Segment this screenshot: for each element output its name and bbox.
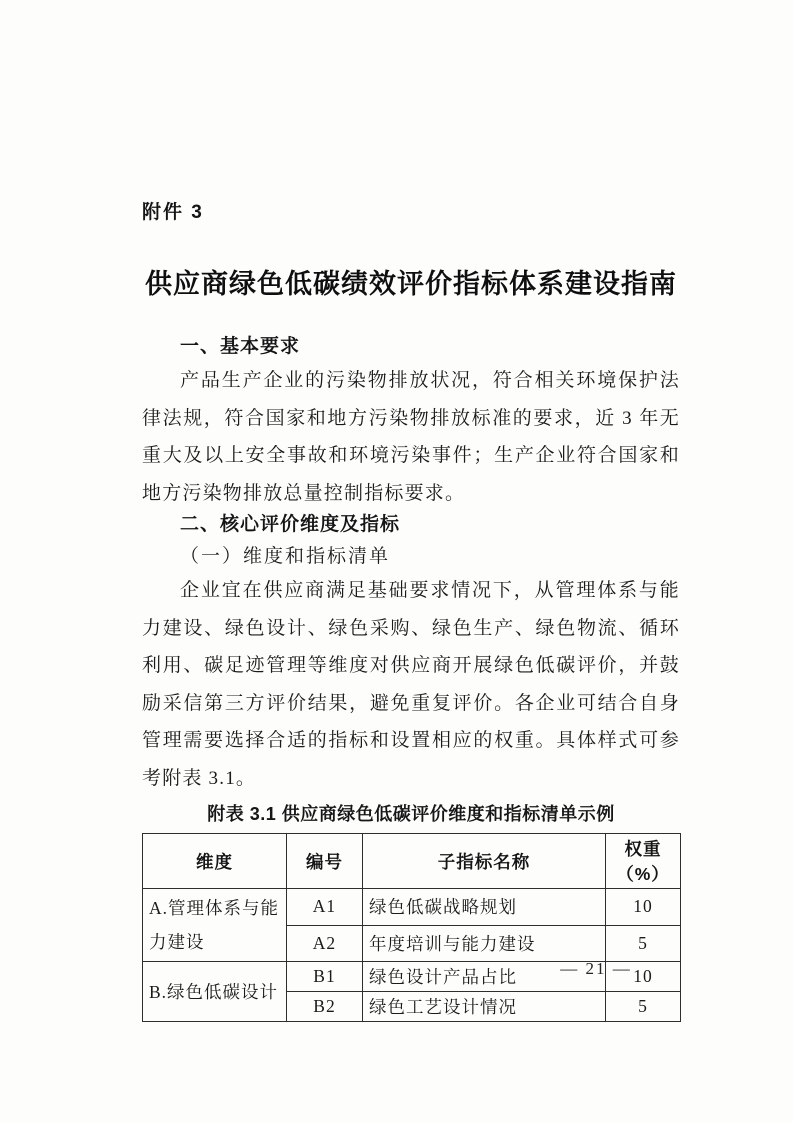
column-header-weight: 权重（%） xyxy=(606,834,681,889)
code-cell: A2 xyxy=(287,925,363,962)
table-row: A.管理体系与能力建设 A1 绿色低碳战略规划 10 xyxy=(143,889,681,926)
section-1-heading: 一、基本要求 xyxy=(142,334,680,360)
attachment-label: 附件 3 xyxy=(142,200,680,226)
dimension-cell-b: B.绿色低碳设计 xyxy=(143,962,287,1022)
column-header-code: 编号 xyxy=(287,834,363,889)
section-2-paragraph: 企业宜在供应商满足基础要求情况下，从管理体系与能力建设、绿色设计、绿色采购、绿色… xyxy=(142,572,680,797)
document-content: 附件 3 供应商绿色低碳绩效评价指标体系建设指南 一、基本要求 产品生产企业的污… xyxy=(142,200,680,1022)
code-cell: A1 xyxy=(287,889,363,926)
weight-cell: 5 xyxy=(606,925,681,962)
indicator-cell: 绿色工艺设计情况 xyxy=(363,992,606,1022)
section-2-subheading: （一）维度和指标清单 xyxy=(142,544,680,570)
document-title: 供应商绿色低碳绩效评价指标体系建设指南 xyxy=(142,266,680,302)
table-header-row: 维度 编号 子指标名称 权重（%） xyxy=(143,834,681,889)
section-1-paragraph: 产品生产企业的污染物排放状况，符合相关环境保护法律法规，符合国家和地方污染物排放… xyxy=(142,362,680,512)
indicator-cell: 年度培训与能力建设 xyxy=(363,925,606,962)
weight-cell: 5 xyxy=(606,992,681,1022)
weight-cell: 10 xyxy=(606,889,681,926)
code-cell: B2 xyxy=(287,992,363,1022)
page-number: — 21 — xyxy=(546,959,646,979)
indicator-cell: 绿色低碳战略规划 xyxy=(363,889,606,926)
column-header-dimension: 维度 xyxy=(143,834,287,889)
section-2-heading: 二、核心评价维度及指标 xyxy=(142,512,680,538)
table-caption: 附表 3.1 供应商绿色低碳评价维度和指标清单示例 xyxy=(142,801,680,827)
dimension-cell-a: A.管理体系与能力建设 xyxy=(143,889,287,962)
code-cell: B1 xyxy=(287,962,363,992)
document-page: 附件 3 供应商绿色低碳绩效评价指标体系建设指南 一、基本要求 产品生产企业的污… xyxy=(0,0,793,1122)
column-header-indicator: 子指标名称 xyxy=(363,834,606,889)
indicator-table: 维度 编号 子指标名称 权重（%） A.管理体系与能力建设 A1 绿色低碳战略规… xyxy=(142,833,681,1022)
